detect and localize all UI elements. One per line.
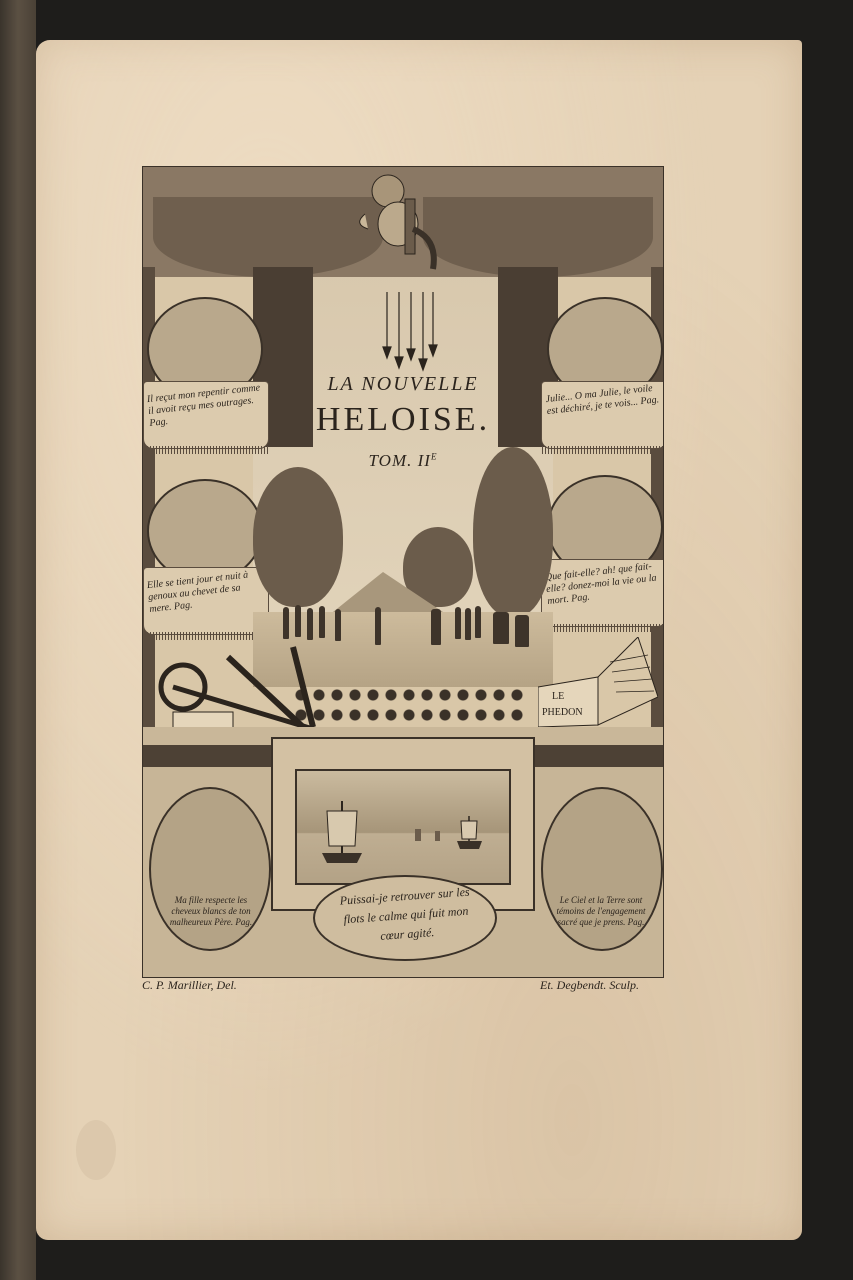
cherub-icon	[353, 169, 443, 279]
title-line-1: LA NOUVELLE	[303, 373, 503, 396]
tree-right	[473, 447, 553, 617]
medallion-bottom-right: Le Ciel et la Terre sont témoins de l'en…	[541, 787, 663, 951]
open-book-phedon-icon: LE PHEDON	[538, 637, 658, 727]
falling-arrows-icon	[379, 292, 439, 372]
banner-top-right: Julie... O ma Julie, le voile est déchir…	[541, 381, 664, 449]
book-binding-edge	[0, 0, 36, 1280]
book-label-phedon: PHEDON	[542, 707, 583, 718]
musical-instruments-icon	[143, 627, 323, 737]
mountain	[333, 572, 443, 612]
banner-top-left: Il reçut mon repentir comme il avoit reç…	[143, 381, 269, 449]
book-label-le: LE	[552, 691, 564, 702]
frieze-left	[143, 745, 271, 767]
center-cartouche: Puissai-je retrouver sur les flots le ca…	[313, 875, 497, 961]
credit-designer: C. P. Marillier, Del.	[142, 978, 237, 993]
banner-middle-left: Elle se tient jour et nuit à genoux au c…	[143, 567, 269, 635]
volume-number: TOM. IIE	[303, 451, 503, 471]
audience-heads	[293, 687, 523, 727]
sailing-ships-icon	[297, 771, 509, 883]
frieze-right	[535, 745, 663, 767]
title-heloise: HELOISE.	[283, 401, 523, 439]
banner-middle-right: Que fait-elle? ah! que fait-elle? donez-…	[541, 559, 664, 627]
tree-left	[253, 467, 343, 607]
medallion-bottom-left: Ma fille respecte les cheveux blancs de …	[149, 787, 271, 951]
engraved-frontispiece: LA NOUVELLE HELOISE. TOM. IIE Il reçut m…	[142, 166, 664, 978]
paper-stain	[76, 1120, 116, 1180]
ship-scene	[295, 769, 511, 885]
credit-engraver: Et. Degbendt. Sculp.	[540, 978, 639, 993]
